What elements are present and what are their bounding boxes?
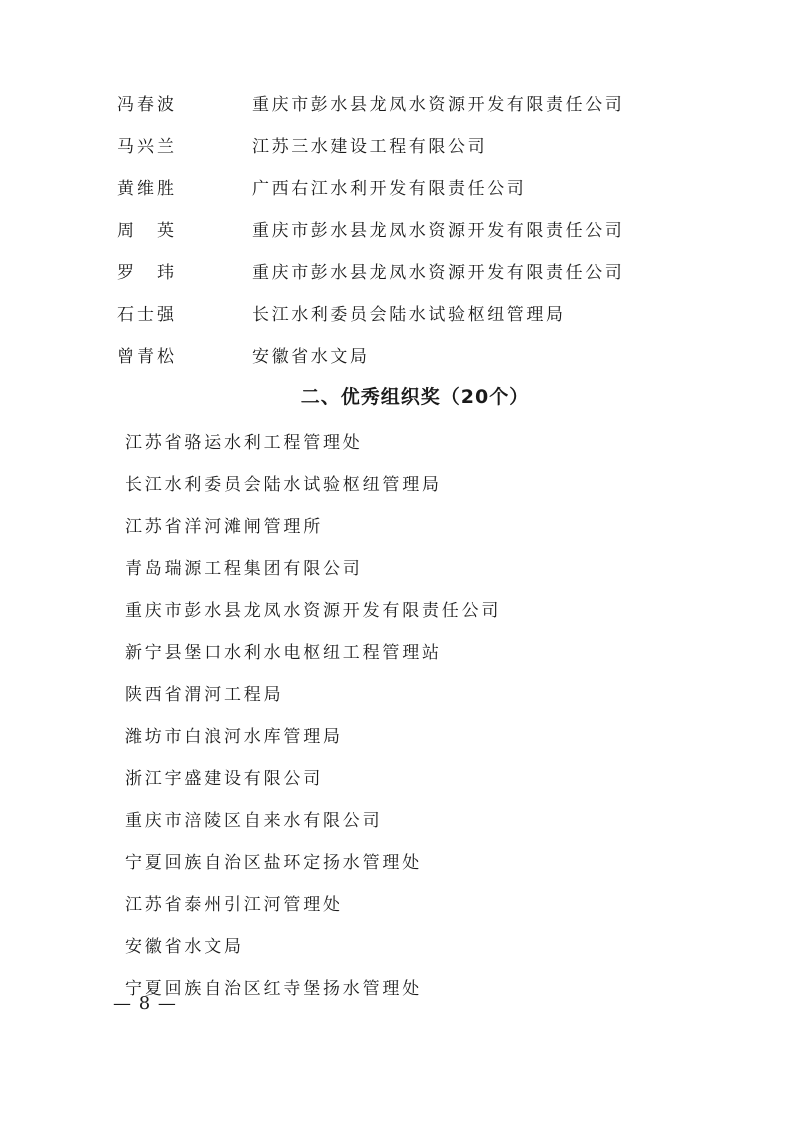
organization-item: 宁夏回族自治区盐环定扬水管理处 xyxy=(125,848,422,873)
awardee-name: 罗 玮 xyxy=(117,258,177,283)
awardee-row: 周 英 重庆市彭水县龙凤水资源开发有限责任公司 xyxy=(0,216,800,246)
section-heading: 二、优秀组织奖（20个） xyxy=(0,382,800,409)
awardee-organization: 长江水利委员会陆水试验枢纽管理局 xyxy=(252,300,566,325)
organization-item: 重庆市涪陵区自来水有限公司 xyxy=(125,806,382,831)
awardee-name: 黄维胜 xyxy=(117,174,177,199)
organization-item: 江苏省泰州引江河管理处 xyxy=(125,890,343,915)
awardee-name: 冯春波 xyxy=(117,90,177,115)
organization-item: 新宁县堡口水利水电枢纽工程管理站 xyxy=(125,638,442,663)
awardee-organization: 重庆市彭水县龙凤水资源开发有限责任公司 xyxy=(252,90,624,115)
awardee-organization: 重庆市彭水县龙凤水资源开发有限责任公司 xyxy=(252,216,624,241)
awardee-organization: 安徽省水文局 xyxy=(252,342,370,367)
organization-item: 江苏省洋河滩闸管理所 xyxy=(125,512,323,537)
awardee-row: 黄维胜 广西右江水利开发有限责任公司 xyxy=(0,174,800,204)
awardee-organization: 江苏三水建设工程有限公司 xyxy=(252,132,487,157)
awardee-organization: 重庆市彭水县龙凤水资源开发有限责任公司 xyxy=(252,258,624,283)
organization-item: 潍坊市白浪河水库管理局 xyxy=(125,722,343,747)
organization-item: 长江水利委员会陆水试验枢纽管理局 xyxy=(125,470,442,495)
page-number: — 8 — xyxy=(113,993,177,1014)
awardee-row: 冯春波 重庆市彭水县龙凤水资源开发有限责任公司 xyxy=(0,90,800,120)
awardee-organization: 广西右江水利开发有限责任公司 xyxy=(252,174,526,199)
document-page: 冯春波 重庆市彭水县龙凤水资源开发有限责任公司 马兴兰 江苏三水建设工程有限公司… xyxy=(0,0,800,1132)
organization-item: 安徽省水文局 xyxy=(125,932,244,957)
awardee-name: 曾青松 xyxy=(117,342,177,367)
organization-item: 青岛瑞源工程集团有限公司 xyxy=(125,554,363,579)
organization-item: 重庆市彭水县龙凤水资源开发有限责任公司 xyxy=(125,596,501,621)
awardee-row: 石士强 长江水利委员会陆水试验枢纽管理局 xyxy=(0,300,800,330)
awardee-name: 马兴兰 xyxy=(117,132,177,157)
awardee-row: 马兴兰 江苏三水建设工程有限公司 xyxy=(0,132,800,162)
awardee-row: 曾青松 安徽省水文局 xyxy=(0,342,800,372)
organization-item: 江苏省骆运水利工程管理处 xyxy=(125,428,363,453)
awardee-name: 周 英 xyxy=(117,216,177,241)
organization-item: 浙江宇盛建设有限公司 xyxy=(125,764,323,789)
awardee-name: 石士强 xyxy=(117,300,177,325)
awardee-row: 罗 玮 重庆市彭水县龙凤水资源开发有限责任公司 xyxy=(0,258,800,288)
organization-item: 陕西省渭河工程局 xyxy=(125,680,283,705)
